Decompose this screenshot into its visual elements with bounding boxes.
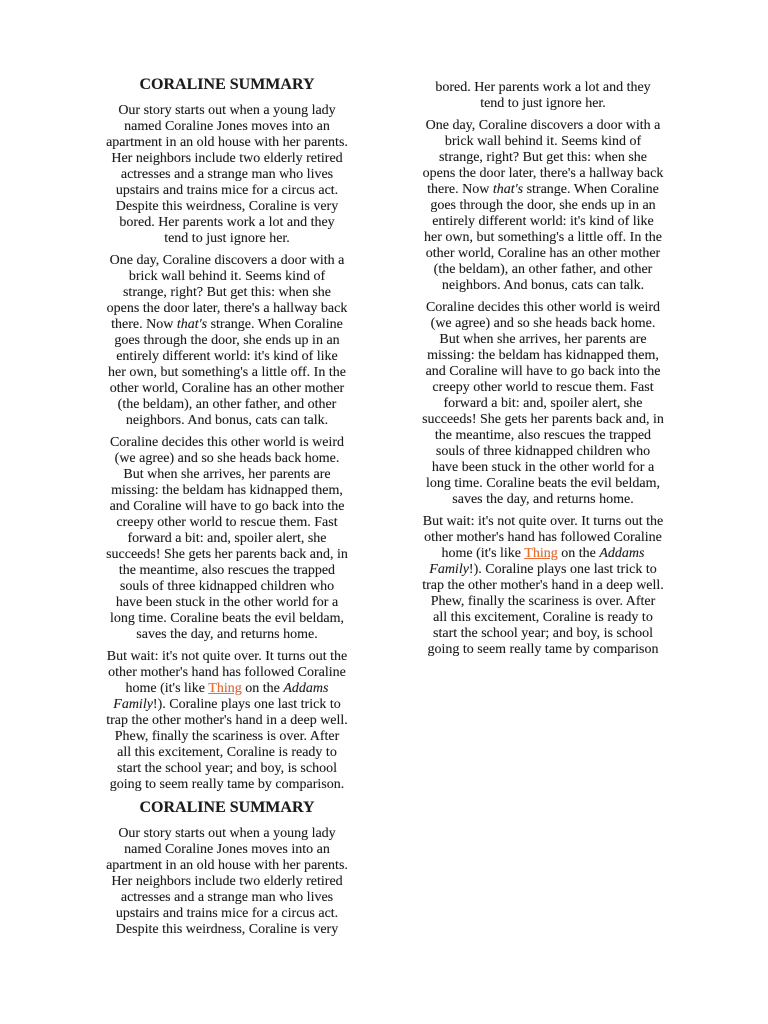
text-segment: upstairs and trains mice for a circus ac… [116, 183, 338, 198]
text-line: (we agree) and so she heads back home. [402, 316, 684, 332]
text-segment: long time. Coraline beats the evil belda… [426, 476, 660, 491]
text-line: strange, right? But get this: when she [86, 285, 368, 301]
text-segment: Despite this weirdness, Coraline is very [116, 922, 338, 937]
text-line: other world, Coraline has an other mothe… [402, 246, 684, 262]
section-heading: CORALINE SUMMARY [86, 799, 368, 817]
text-segment: (we agree) and so she heads back home. [115, 451, 340, 466]
text-segment: start the school year; and boy, is schoo… [117, 761, 337, 776]
text-line: her own, but something's a little off. I… [402, 230, 684, 246]
text-segment: Her neighbors include two elderly retire… [111, 874, 342, 889]
text-line: have been stuck in the other world for a [86, 595, 368, 611]
text-segment: and Coraline will have to go back into t… [110, 499, 345, 514]
text-segment: neighbors. And bonus, cats can talk. [442, 278, 644, 293]
text-line: long time. Coraline beats the evil belda… [86, 611, 368, 627]
section-heading: CORALINE SUMMARY [86, 76, 368, 94]
text-line: souls of three kidnapped children who [86, 579, 368, 595]
text-segment: strange, right? But get this: when she [123, 285, 331, 300]
text-line: (we agree) and so she heads back home. [86, 451, 368, 467]
text-segment: opens the door later, there's a hallway … [107, 301, 348, 316]
text-line: trap the other mother's hand in a deep w… [86, 713, 368, 729]
text-segment: start the school year; and boy, is schoo… [433, 626, 653, 641]
text-line: One day, Coraline discovers a door with … [402, 118, 684, 134]
text-segment: on the [558, 546, 600, 561]
thing-link[interactable]: Thing [208, 681, 241, 696]
text-line: home (it's like Thing on the Addams [86, 681, 368, 697]
text-line: missing: the beldam has kidnapped them, [86, 483, 368, 499]
text-segment: her own, but something's a little off. I… [424, 230, 662, 245]
text-line: strange, right? But get this: when she [402, 150, 684, 166]
text-line: Our story starts out when a young lady [86, 826, 368, 842]
text-segment: all this excitement, Coraline is ready t… [433, 610, 653, 625]
text-line: the meantime, also rescues the trapped [86, 563, 368, 579]
text-segment: Our story starts out when a young lady [118, 103, 335, 118]
text-segment: tend to just ignore her. [164, 231, 290, 246]
paragraph: Coraline decides this other world is wei… [86, 435, 368, 643]
text-segment: Despite this weirdness, Coraline is very [116, 199, 338, 214]
text-segment: actresses and a strange man who lives [121, 890, 333, 905]
text-line: apartment in an old house with her paren… [86, 135, 368, 151]
paragraph: Coraline decides this other world is wei… [402, 300, 684, 508]
text-segment: (the beldam), an other father, and other [434, 262, 653, 277]
text-segment: long time. Coraline beats the evil belda… [110, 611, 344, 626]
text-line: neighbors. And bonus, cats can talk. [402, 278, 684, 294]
text-segment: !). Coraline plays one last trick to [469, 562, 657, 577]
text-line: forward a bit: and, spoiler alert, she [86, 531, 368, 547]
text-segment: (the beldam), an other father, and other [118, 397, 337, 412]
text-line: One day, Coraline discovers a door with … [86, 253, 368, 269]
text-line: goes through the door, she ends up in an [86, 333, 368, 349]
text-segment: there. Now [111, 317, 177, 332]
text-line: all this excitement, Coraline is ready t… [402, 610, 684, 626]
text-segment: goes through the door, she ends up in an [430, 198, 655, 213]
paragraph: bored. Her parents work a lot and theyte… [402, 80, 684, 112]
text-segment: (we agree) and so she heads back home. [431, 316, 656, 331]
text-segment: have been stuck in the other world for a [432, 460, 654, 475]
text-segment: But wait: it's not quite over. It turns … [107, 649, 348, 664]
text-line: succeeds! She gets her parents back and,… [86, 547, 368, 563]
text-line: named Coraline Jones moves into an [86, 842, 368, 858]
text-segment: Phew, finally the scariness is over. Aft… [115, 729, 340, 744]
text-segment: home (it's like [442, 546, 525, 561]
text-segment: the meantime, also rescues the trapped [119, 563, 335, 578]
text-segment: entirely different world: it's kind of l… [432, 214, 654, 229]
italic-text: Family [429, 562, 469, 577]
column-right: bored. Her parents work a lot and theyte… [402, 80, 684, 658]
text-segment: opens the door later, there's a hallway … [423, 166, 664, 181]
text-line: (the beldam), an other father, and other [402, 262, 684, 278]
text-line: other mother's hand has followed Coralin… [402, 530, 684, 546]
text-segment: there. Now [427, 182, 493, 197]
text-segment: forward a bit: and, spoiler alert, she [127, 531, 326, 546]
text-line: apartment in an old house with her paren… [86, 858, 368, 874]
text-line: trap the other mother's hand in a deep w… [402, 578, 684, 594]
paragraph: One day, Coraline discovers a door with … [402, 118, 684, 294]
text-segment: neighbors. And bonus, cats can talk. [126, 413, 328, 428]
paragraph: Our story starts out when a young ladyna… [86, 826, 368, 938]
text-segment: saves the day, and returns home. [452, 492, 633, 507]
text-segment: trap the other mother's hand in a deep w… [422, 578, 664, 593]
text-line: forward a bit: and, spoiler alert, she [402, 396, 684, 412]
text-line: But when she arrives, her parents are [86, 467, 368, 483]
text-segment: Phew, finally the scariness is over. Aft… [431, 594, 656, 609]
text-segment: entirely different world: it's kind of l… [116, 349, 338, 364]
text-line: saves the day, and returns home. [402, 492, 684, 508]
text-line: upstairs and trains mice for a circus ac… [86, 183, 368, 199]
text-line: bored. Her parents work a lot and they [402, 80, 684, 96]
text-segment: upstairs and trains mice for a circus ac… [116, 906, 338, 921]
text-segment: forward a bit: and, spoiler alert, she [443, 396, 642, 411]
text-line: bored. Her parents work a lot and they [86, 215, 368, 231]
text-segment: brick wall behind it. Seems kind of [129, 269, 325, 284]
text-segment: other mother's hand has followed Coralin… [424, 530, 662, 545]
text-segment: goes through the door, she ends up in an [114, 333, 339, 348]
text-line: entirely different world: it's kind of l… [86, 349, 368, 365]
text-line: missing: the beldam has kidnapped them, [402, 348, 684, 364]
text-line: upstairs and trains mice for a circus ac… [86, 906, 368, 922]
text-segment: souls of three kidnapped children who [120, 579, 334, 594]
text-line: home (it's like Thing on the Addams [402, 546, 684, 562]
text-segment: bored. Her parents work a lot and they [435, 80, 650, 95]
text-segment: and Coraline will have to go back into t… [426, 364, 661, 379]
text-line: Family!). Coraline plays one last trick … [86, 697, 368, 713]
text-segment: named Coraline Jones moves into an [124, 842, 330, 857]
text-segment: succeeds! She gets her parents back and,… [106, 547, 348, 562]
text-line: entirely different world: it's kind of l… [402, 214, 684, 230]
text-segment: But when she arrives, her parents are [123, 467, 330, 482]
text-line: Our story starts out when a young lady [86, 103, 368, 119]
text-line: souls of three kidnapped children who [402, 444, 684, 460]
text-line: going to seem really tame by comparison [402, 642, 684, 658]
text-line: (the beldam), an other father, and other [86, 397, 368, 413]
text-line: start the school year; and boy, is schoo… [402, 626, 684, 642]
text-line: brick wall behind it. Seems kind of [402, 134, 684, 150]
text-line: Her neighbors include two elderly retire… [86, 151, 368, 167]
text-segment: going to seem really tame by comparison [428, 642, 659, 657]
text-line: long time. Coraline beats the evil belda… [402, 476, 684, 492]
text-segment: strange. When Coraline [207, 317, 343, 332]
text-line: and Coraline will have to go back into t… [402, 364, 684, 380]
text-segment: missing: the beldam has kidnapped them, [427, 348, 659, 363]
text-segment: creepy other world to rescue them. Fast [432, 380, 653, 395]
text-line: actresses and a strange man who lives [86, 167, 368, 183]
text-segment: other world, Coraline has an other mothe… [110, 381, 344, 396]
text-segment: Our story starts out when a young lady [118, 826, 335, 841]
document-page: CORALINE SUMMARYOur story starts out whe… [0, 0, 768, 1024]
text-segment: One day, Coraline discovers a door with … [110, 253, 345, 268]
text-segment: on the [242, 681, 284, 696]
text-segment: creepy other world to rescue them. Fast [116, 515, 337, 530]
italic-text: Family [113, 697, 153, 712]
text-line: goes through the door, she ends up in an [402, 198, 684, 214]
text-line: Coraline decides this other world is wei… [402, 300, 684, 316]
text-line: Despite this weirdness, Coraline is very [86, 199, 368, 215]
text-segment: other mother's hand has followed Coralin… [108, 665, 346, 680]
text-line: her own, but something's a little off. I… [86, 365, 368, 381]
text-segment: apartment in an old house with her paren… [106, 135, 348, 150]
column-left: CORALINE SUMMARYOur story starts out whe… [86, 76, 368, 938]
text-segment: souls of three kidnapped children who [436, 444, 650, 459]
text-segment: named Coraline Jones moves into an [124, 119, 330, 134]
text-line: other world, Coraline has an other mothe… [86, 381, 368, 397]
text-line: Phew, finally the scariness is over. Aft… [86, 729, 368, 745]
text-segment: the meantime, also rescues the trapped [435, 428, 651, 443]
text-line: Phew, finally the scariness is over. Aft… [402, 594, 684, 610]
text-line: Family!). Coraline plays one last trick … [402, 562, 684, 578]
text-line: But wait: it's not quite over. It turns … [402, 514, 684, 530]
italic-text: Addams [599, 546, 644, 561]
text-segment: actresses and a strange man who lives [121, 167, 333, 182]
text-line: opens the door later, there's a hallway … [86, 301, 368, 317]
text-segment: all this excitement, Coraline is ready t… [117, 745, 337, 760]
text-line: and Coraline will have to go back into t… [86, 499, 368, 515]
text-line: going to seem really tame by comparison. [86, 777, 368, 793]
text-line: have been stuck in the other world for a [402, 460, 684, 476]
text-line: the meantime, also rescues the trapped [402, 428, 684, 444]
text-line: other mother's hand has followed Coralin… [86, 665, 368, 681]
text-line: Coraline decides this other world is wei… [86, 435, 368, 451]
text-line: actresses and a strange man who lives [86, 890, 368, 906]
text-segment: brick wall behind it. Seems kind of [445, 134, 641, 149]
text-segment: But wait: it's not quite over. It turns … [423, 514, 664, 529]
thing-link[interactable]: Thing [524, 546, 557, 561]
text-line: tend to just ignore her. [86, 231, 368, 247]
text-line: opens the door later, there's a hallway … [402, 166, 684, 182]
text-segment: home (it's like [126, 681, 209, 696]
italic-text: Addams [283, 681, 328, 696]
text-line: succeeds! She gets her parents back and,… [402, 412, 684, 428]
text-line: But wait: it's not quite over. It turns … [86, 649, 368, 665]
paragraph: Our story starts out when a young ladyna… [86, 103, 368, 247]
text-segment: going to seem really tame by comparison. [110, 777, 344, 792]
text-line: named Coraline Jones moves into an [86, 119, 368, 135]
text-segment: strange, right? But get this: when she [439, 150, 647, 165]
text-segment: Coraline decides this other world is wei… [426, 300, 660, 315]
text-segment: bored. Her parents work a lot and they [119, 215, 334, 230]
text-segment: succeeds! She gets her parents back and,… [422, 412, 664, 427]
paragraph: One day, Coraline discovers a door with … [86, 253, 368, 429]
text-segment: other world, Coraline has an other mothe… [426, 246, 660, 261]
italic-text: that's [177, 317, 207, 332]
paragraph: But wait: it's not quite over. It turns … [86, 649, 368, 793]
text-segment: One day, Coraline discovers a door with … [426, 118, 661, 133]
text-line: saves the day, and returns home. [86, 627, 368, 643]
text-segment: Her neighbors include two elderly retire… [111, 151, 342, 166]
text-segment: But when she arrives, her parents are [439, 332, 646, 347]
text-segment: have been stuck in the other world for a [116, 595, 338, 610]
text-segment: apartment in an old house with her paren… [106, 858, 348, 873]
text-segment: her own, but something's a little off. I… [108, 365, 346, 380]
text-line: creepy other world to rescue them. Fast [86, 515, 368, 531]
text-line: creepy other world to rescue them. Fast [402, 380, 684, 396]
text-segment: Coraline decides this other world is wei… [110, 435, 344, 450]
text-line: Despite this weirdness, Coraline is very [86, 922, 368, 938]
text-segment: strange. When Coraline [523, 182, 659, 197]
paragraph: But wait: it's not quite over. It turns … [402, 514, 684, 658]
text-segment: trap the other mother's hand in a deep w… [106, 713, 348, 728]
text-line: there. Now that's strange. When Coraline [86, 317, 368, 333]
text-line: start the school year; and boy, is schoo… [86, 761, 368, 777]
text-line: tend to just ignore her. [402, 96, 684, 112]
text-segment: !). Coraline plays one last trick to [153, 697, 341, 712]
text-line: brick wall behind it. Seems kind of [86, 269, 368, 285]
text-segment: tend to just ignore her. [480, 96, 606, 111]
text-line: neighbors. And bonus, cats can talk. [86, 413, 368, 429]
text-line: Her neighbors include two elderly retire… [86, 874, 368, 890]
text-segment: missing: the beldam has kidnapped them, [111, 483, 343, 498]
text-segment: saves the day, and returns home. [136, 627, 317, 642]
italic-text: that's [493, 182, 523, 197]
text-line: all this excitement, Coraline is ready t… [86, 745, 368, 761]
text-line: But when she arrives, her parents are [402, 332, 684, 348]
text-line: there. Now that's strange. When Coraline [402, 182, 684, 198]
